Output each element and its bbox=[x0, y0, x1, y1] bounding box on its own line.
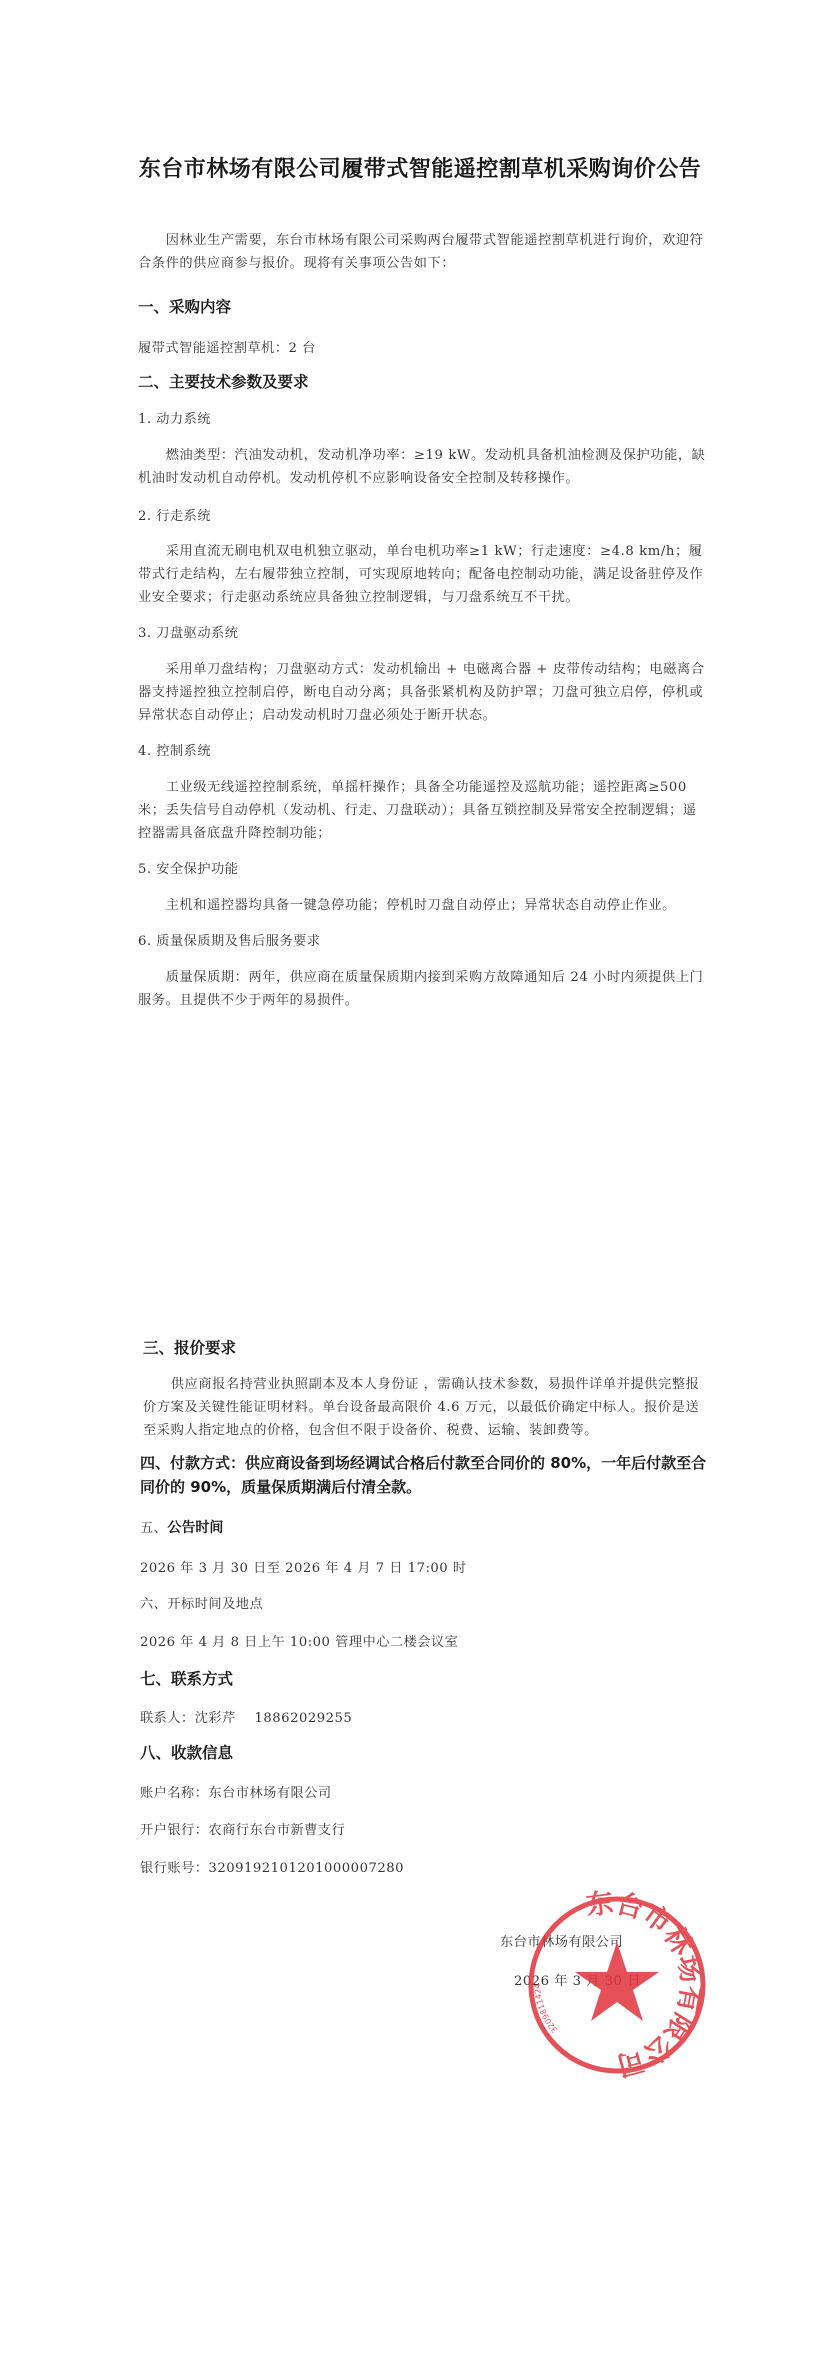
company-seal: 东台市林场有限公司 3209811424 bbox=[522, 1890, 712, 2080]
document-title: 东台市林场有限公司履带式智能遥控割草机采购询价公告 bbox=[0, 152, 840, 183]
tech-item-6-label: 6. 质量保质期及售后服务要求 bbox=[138, 930, 321, 949]
section-1-heading: 一、采购内容 bbox=[138, 295, 231, 317]
intro-paragraph: 因林业生产需要，东台市林场有限公司采购两台履带式智能遥控割草机进行询价，欢迎符合… bbox=[138, 229, 708, 275]
section-7-heading: 七、联系方式 bbox=[140, 1667, 233, 1689]
section-5-heading: 五、公告时间 bbox=[140, 1517, 223, 1537]
contact-line: 联系人：沈彩芹 18862029255 bbox=[140, 1707, 352, 1726]
section-4-payment: 四、付款方式：供应商设备到场经调试合格后付款至合同价的 80%，一年后付款至合同… bbox=[140, 1451, 712, 1499]
tech-item-2-body: 采用直流无刷电机双电机独立驱动，单台电机功率≥1 kW；行走速度：≥4.8 km… bbox=[138, 540, 708, 609]
section-5-title: 公告时间 bbox=[167, 1520, 223, 1536]
section-8-heading: 八、收款信息 bbox=[140, 1741, 233, 1763]
tech-item-6-body: 质量保质期：两年，供应商在质量保质期内接到采购方故障通知后 24 小时内须提供上… bbox=[138, 966, 708, 1012]
tech-item-4-label: 4. 控制系统 bbox=[138, 740, 211, 759]
account-name: 账户名称：东台市林场有限公司 bbox=[140, 1782, 332, 1801]
contact-person: 联系人：沈彩芹 bbox=[140, 1711, 236, 1726]
account-number: 银行账号：3209192101201000007280 bbox=[140, 1857, 404, 1876]
section-5-prefix: 五、 bbox=[140, 1521, 167, 1536]
section-2-heading: 二、主要技术参数及要求 bbox=[138, 370, 309, 392]
tech-item-2-label: 2. 行走系统 bbox=[138, 505, 211, 524]
section-3-body: 供应商报名持营业执照副本及本人身份证 ，需确认技术参数，易损件详单并提供完整报价… bbox=[143, 1373, 709, 1442]
section-6-body: 2026 年 4 月 8 日上午 10:00 管理中心二楼会议室 bbox=[140, 1631, 458, 1650]
section-1-body: 履带式智能遥控割草机：2 台 bbox=[138, 337, 316, 356]
section-5-body: 2026 年 3 月 30 日至 2026 年 4 月 7 日 17:00 时 bbox=[140, 1557, 467, 1576]
bank-name: 开户银行：农商行东台市新曹支行 bbox=[140, 1819, 345, 1838]
tech-item-1-label: 1. 动力系统 bbox=[138, 408, 211, 427]
section-6-heading: 六、开标时间及地点 bbox=[140, 1593, 263, 1612]
tech-item-4-body: 工业级无线遥控控制系统，单摇杆操作；具备全功能遥控及巡航功能；遥控距离≥500 … bbox=[138, 776, 708, 845]
tech-item-5-label: 5. 安全保护功能 bbox=[138, 858, 238, 877]
contact-phone: 18862029255 bbox=[255, 1711, 353, 1726]
tech-item-1-body: 燃油类型：汽油发动机，发动机净功率：≥19 kW。发动机具备机油检测及保护功能，… bbox=[138, 444, 708, 490]
section-3-heading: 三、报价要求 bbox=[143, 1336, 236, 1358]
tech-item-3-body: 采用单刀盘结构；刀盘驱动方式：发动机输出 + 电磁离合器 + 皮带传动结构；电磁… bbox=[138, 658, 708, 727]
seal-icon: 东台市林场有限公司 3209811424 bbox=[522, 1890, 712, 2080]
tech-item-5-body: 主机和遥控器均具备一键急停功能；停机时刀盘自动停止；异常状态自动停止作业。 bbox=[138, 894, 718, 917]
tech-item-3-label: 3. 刀盘驱动系统 bbox=[138, 622, 238, 641]
